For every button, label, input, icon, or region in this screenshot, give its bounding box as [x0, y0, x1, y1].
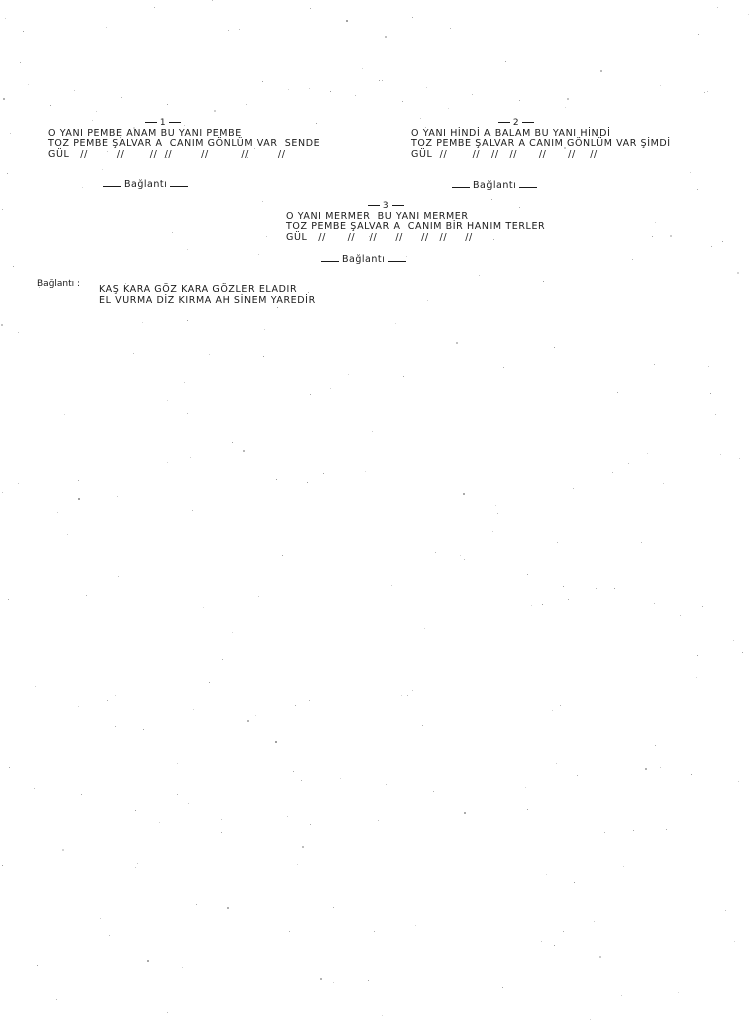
- ditto-line: GÜL // // // // // // //: [411, 150, 671, 161]
- ditto-line: GÜL // // // // // // //: [286, 233, 545, 244]
- verse-3-link: Bağlantı: [318, 254, 409, 265]
- refrain: KAŞ KARA GÖZ KARA GÖZLER ELADIR EL VURMA…: [99, 285, 316, 306]
- verse-number: 2: [411, 118, 621, 129]
- verse-number: 3: [286, 201, 486, 212]
- verse-line: TOZ PEMBE ŞALVAR A CANIM BİR HANIM TERLE…: [286, 222, 545, 233]
- verse-line: TOZ PEMBE ŞALVAR A CANIM GÖNLÜM VAR ŞİMD…: [411, 139, 671, 150]
- verse-number: 1: [48, 118, 278, 129]
- refrain-line: KAŞ KARA GÖZ KARA GÖZLER ELADIR: [99, 285, 316, 296]
- verse-3: 3 O YANI MERMER BU YANI MERMER TOZ PEMBE…: [286, 201, 545, 243]
- ditto-line: GÜL // // // // // // //: [48, 150, 320, 161]
- refrain-label: Bağlantı :: [37, 279, 80, 289]
- refrain-line: EL VURMA DİZ KIRMA AH SİNEM YAREDİR: [99, 296, 316, 307]
- verse-1-link: Bağlantı: [100, 179, 191, 190]
- verse-line: TOZ PEMBE ŞALVAR A CANIM GÖNLÜM VAR SEND…: [48, 139, 320, 150]
- verse-2-link: Bağlantı: [449, 180, 540, 191]
- verse-2: 2 O YANI HİNDİ A BALAM BU YANI HİNDİ TOZ…: [411, 118, 671, 160]
